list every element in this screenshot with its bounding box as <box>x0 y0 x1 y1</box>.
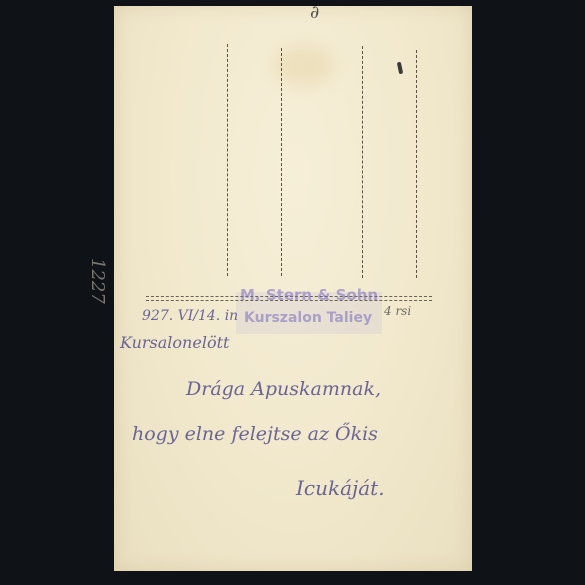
photographer-stamp-line2: Kurszalon Taliey <box>244 310 372 326</box>
inscription-location: Kursalonelött <box>120 333 229 352</box>
address-divider-4 <box>416 50 417 278</box>
inscription-line-3: Icukáját. <box>296 476 385 500</box>
pencil-price-note: 4 rsi <box>384 304 411 318</box>
pencil-mark-top: ∂ <box>310 2 319 23</box>
address-divider-3 <box>362 46 363 278</box>
inscription-line-2: hogy elne felejtse az Őkis <box>132 423 378 445</box>
address-divider-1 <box>227 44 228 276</box>
inscription-line-1: Drága Apuskamnak, <box>186 378 381 400</box>
inscription-date: 927. VI/14. in <box>142 308 238 324</box>
address-divider-2 <box>281 48 282 276</box>
photographer-stamp-line1: M. Stern & Sohn <box>240 286 378 304</box>
pencil-side-number: 1227 <box>87 258 108 304</box>
